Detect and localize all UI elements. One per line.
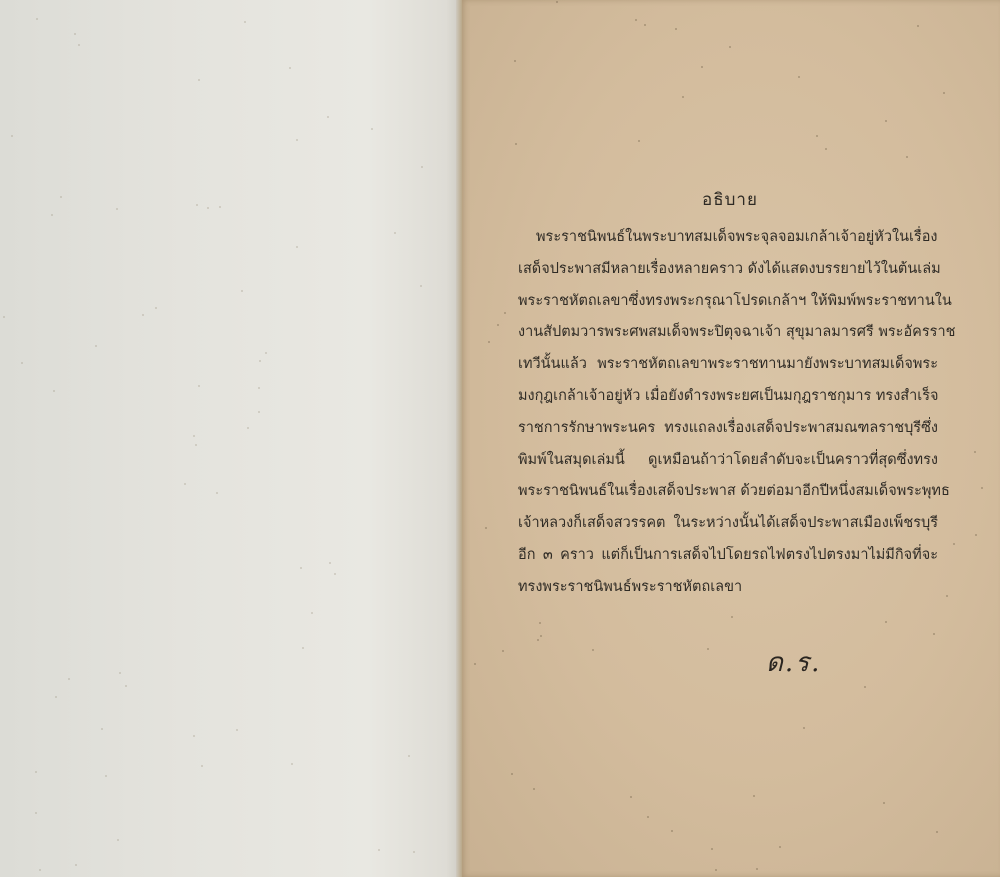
book-gutter <box>456 0 462 877</box>
paper-speck <box>334 573 336 575</box>
paper-speck <box>504 312 506 314</box>
paper-speck <box>216 492 218 494</box>
paper-speck <box>201 765 203 767</box>
text-line: พระราชนิพนธ์ในเรื่องเสด็จประพาส ด้วยต่อม… <box>518 476 938 508</box>
text-line: ราชการรักษาพระนคร ทรงแถลงเรื่องเสด็จประพ… <box>518 413 938 445</box>
paper-speck <box>682 96 684 98</box>
paper-speck <box>711 848 713 850</box>
paper-speck <box>291 763 293 765</box>
paper-speck <box>55 696 57 698</box>
paper-speck <box>981 487 983 489</box>
paper-speck <box>885 621 887 623</box>
paper-speck <box>779 846 781 848</box>
paper-speck <box>155 307 157 309</box>
paper-speck <box>95 345 97 347</box>
left-page <box>0 0 460 877</box>
paper-speck <box>21 362 23 364</box>
text-line: อีก ๓ คราว แต่ก็เป็นการเสด็จไปโดยรถไฟตรง… <box>518 540 938 572</box>
paper-speck <box>193 435 195 437</box>
paper-speck <box>413 851 415 853</box>
paper-speck <box>51 214 53 216</box>
text-line: มงกุฎเกล้าเจ้าอยู่หัว เมื่อยังดำรงพระยศเ… <box>518 381 938 413</box>
body-paragraph: พระราชนิพนธ์ในพระบาทสมเด็จพระจุลจอมเกล้า… <box>518 222 938 604</box>
paper-speck <box>296 139 298 141</box>
paper-speck <box>258 387 260 389</box>
paper-speck <box>241 290 243 292</box>
paper-speck <box>537 639 539 641</box>
text-line: พระราชหัตถเลขาซึ่งทรงพระกรุณาโปรดเกล้าฯ … <box>518 286 938 318</box>
paper-speck <box>497 324 499 326</box>
paper-speck <box>53 390 55 392</box>
paper-speck <box>329 562 331 564</box>
text-line: เทวีนั้นแล้ว พระราชหัตถเลขาพระราชทานมายั… <box>518 349 938 381</box>
paper-speck <box>885 120 887 122</box>
paper-speck <box>35 771 37 773</box>
paper-speck <box>974 451 976 453</box>
paper-speck <box>3 316 5 318</box>
text-line: พระราชนิพนธ์ในพระบาทสมเด็จพระจุลจอมเกล้า… <box>518 222 938 254</box>
text-line: เสด็จประพาสมีหลายเรื่องหลายคราว ดังได้แส… <box>518 254 938 286</box>
paper-speck <box>68 678 70 680</box>
paper-speck <box>327 116 329 118</box>
paper-speck <box>78 44 80 46</box>
paper-speck <box>675 28 677 30</box>
paper-speck <box>946 595 948 597</box>
paper-speck <box>514 60 516 62</box>
paper-speck <box>421 166 423 168</box>
text-line: พิมพ์ในสมุดเล่มนี้ ดูเหมือนถ้าว่าโดยลำดั… <box>518 445 938 477</box>
paper-speck <box>116 208 118 210</box>
paper-speck <box>644 24 646 26</box>
paper-speck <box>798 76 800 78</box>
paper-speck <box>515 143 517 145</box>
paper-speck <box>302 647 304 649</box>
paper-speck <box>511 773 513 775</box>
paper-speck <box>671 830 673 832</box>
text-line: ทรงพระราชนิพนธ์พระราชหัตถเลขา <box>518 572 938 604</box>
text-line: เจ้าหลวงก็เสด็จสวรรคต ในระหว่างนั้นได้เส… <box>518 508 938 540</box>
paper-speck <box>707 648 709 650</box>
paper-speck <box>408 755 410 757</box>
paper-speck <box>943 92 945 94</box>
page-title: อธิบาย <box>460 186 1000 213</box>
paper-speck <box>715 869 717 871</box>
text-line: งานสัปตมวารพระศพสมเด็จพระปิตุจฉาเจ้า สุข… <box>518 317 938 349</box>
paper-speck <box>539 622 541 624</box>
paper-speck <box>371 128 373 130</box>
signature-initials: ด.ร. <box>766 642 821 683</box>
paper-speck <box>311 612 313 614</box>
